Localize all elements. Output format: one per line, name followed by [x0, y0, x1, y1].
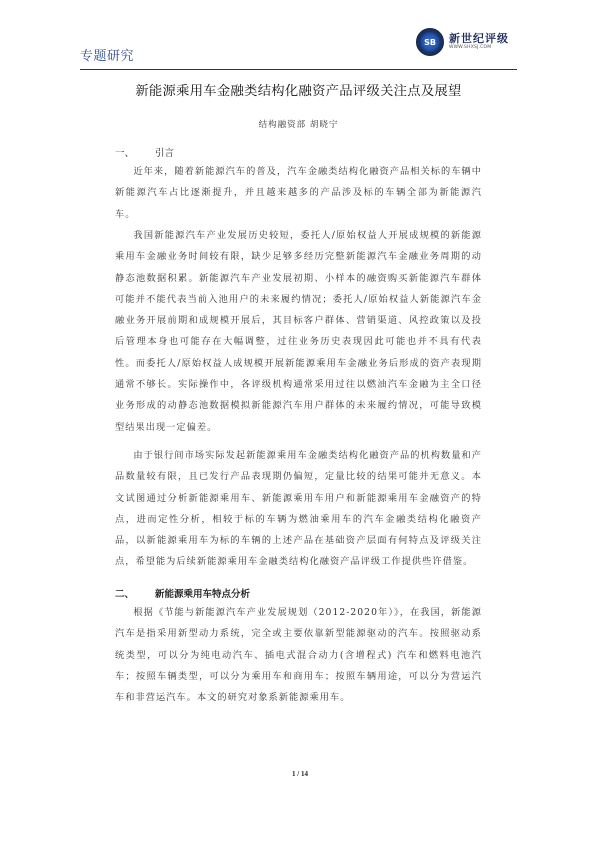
header-divider — [80, 69, 517, 70]
page-header: 专题研究 SB 新世纪评级 WWW.SHXSJ.COM — [80, 28, 517, 70]
logo-url: WWW.SHXSJ.COM — [449, 46, 509, 51]
section-heading-2: 二、新能源乘用车特点分析 — [115, 586, 250, 600]
logo-emblem-icon: SB — [416, 28, 444, 56]
section-heading-1: 一、引言 — [115, 145, 174, 159]
logo-text: 新世纪评级 WWW.SHXSJ.COM — [449, 33, 509, 51]
section-title: 引言 — [155, 148, 174, 159]
paragraph: 我国新能源汽车产业发展历史较短，委托人/原始权益人开展成规模的新能源乘用车金融业… — [115, 225, 482, 438]
section-title: 新能源乘用车特点分析 — [155, 589, 250, 600]
page-number: 1 / 14 — [250, 770, 350, 778]
logo-name: 新世纪评级 — [449, 33, 509, 44]
section-number: 二、 — [115, 586, 155, 600]
section-number: 一、 — [115, 145, 155, 159]
company-logo: SB 新世纪评级 WWW.SHXSJ.COM — [416, 28, 509, 56]
paragraph: 根据《节能与新能源汽车产业发展规划（2012-2020年）》，在我国，新能源汽车… — [115, 602, 482, 708]
section-label: 专题研究 — [80, 45, 134, 64]
document-title: 新能源乘用车金融类结构化融资产品评级关注点及展望 — [80, 80, 517, 99]
paragraph: 近年来，随着新能源汽车的普及，汽车金融类结构化融资产品相关标的车辆中新能源汽车占… — [115, 161, 482, 225]
author-line: 结构融资部 胡晓宁 — [80, 118, 517, 130]
paragraph: 由于银行间市场实际发起新能源乘用车金融类结构化融资产品的机构数量和产品数量较有限… — [115, 445, 482, 573]
